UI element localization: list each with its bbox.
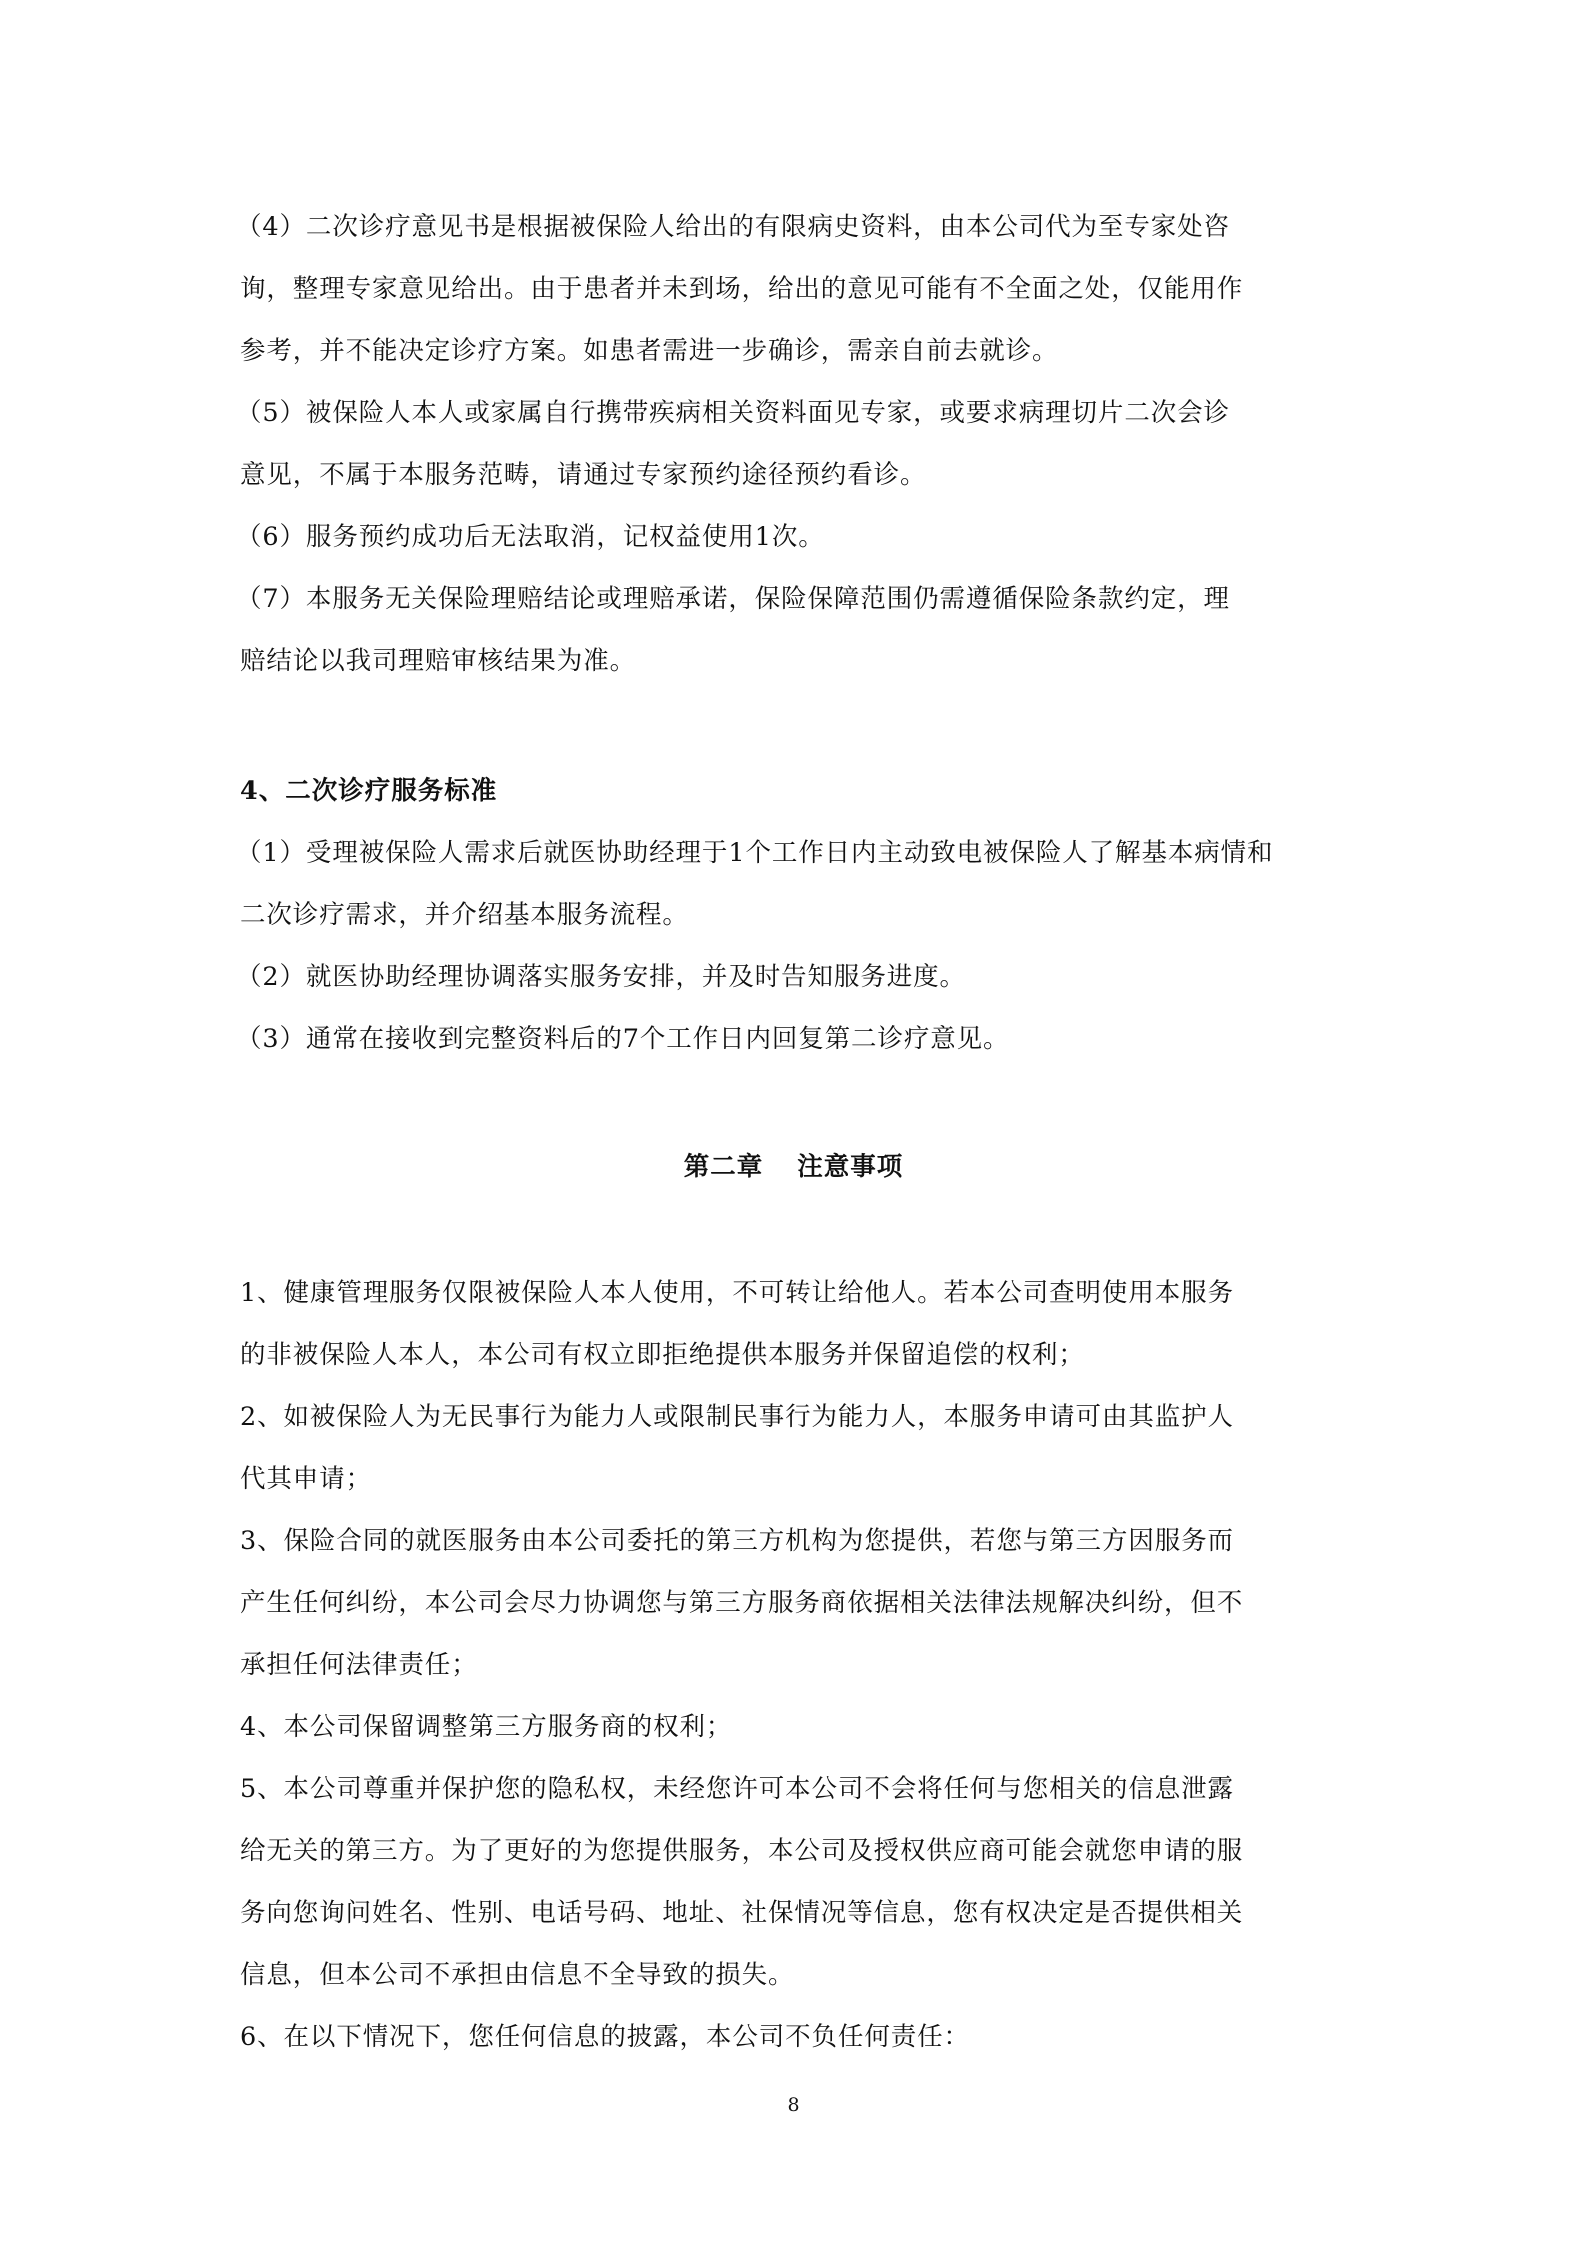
paragraph-line: 4、本公司保留调整第三方服务商的权利； — [240, 1712, 732, 1742]
paragraph-line: 给无关的第三方。为了更好的为您提供服务，本公司及授权供应商可能会就您申请的服 — [240, 1836, 1243, 1866]
page-number: 8 — [0, 2094, 1587, 2116]
paragraph-line: 信息，但本公司不承担由信息不全导致的损失。 — [240, 1960, 794, 1990]
paragraph-line: 产生任何纠纷，本公司会尽力协调您与第三方服务商依据相关法律法规解决纠纷，但不 — [240, 1588, 1243, 1618]
paragraph-line: 3、保险合同的就医服务由本公司委托的第三方机构为您提供，若您与第三方因服务而 — [240, 1526, 1234, 1556]
paragraph-line: 代其申请； — [240, 1464, 372, 1494]
chapter-label: 第二章 — [684, 1152, 764, 1182]
paragraph-line: 意见，不属于本服务范畴，请通过专家预约途径预约看诊。 — [240, 460, 926, 490]
paragraph-line: （6）服务预约成功后无法取消，记权益使用1次。 — [236, 522, 825, 552]
paragraph-line: 5、本公司尊重并保护您的隐私权，未经您许可本公司不会将任何与您相关的信息泄露 — [240, 1774, 1234, 1804]
paragraph-line: 1、健康管理服务仅限被保险人本人使用，不可转让给他人。若本公司查明使用本服务 — [240, 1278, 1234, 1308]
paragraph-line: 参考，并不能决定诊疗方案。如患者需进一步确诊，需亲自前去就诊。 — [240, 336, 1058, 366]
document-page: （4）二次诊疗意见书是根据被保险人给出的有限病史资料，由本公司代为至专家处咨 询… — [0, 0, 1587, 2245]
paragraph-line: （3）通常在接收到完整资料后的7个工作日内回复第二诊疗意见。 — [236, 1024, 1009, 1054]
paragraph-line: 的非被保险人本人，本公司有权立即拒绝提供本服务并保留追偿的权利； — [240, 1340, 1085, 1370]
section-heading: 4、二次诊疗服务标准 — [240, 776, 497, 806]
paragraph-line: （7）本服务无关保险理赔结论或理赔承诺，保险保障范围仍需遵循保险条款约定，理 — [236, 584, 1230, 614]
chapter-title: 第二章注意事项 — [0, 1152, 1587, 1182]
paragraph-line: 2、如被保险人为无民事行为能力人或限制民事行为能力人，本服务申请可由其监护人 — [240, 1402, 1234, 1432]
paragraph-line: （1）受理被保险人需求后就医协助经理于1个工作日内主动致电被保险人了解基本病情和 — [236, 838, 1273, 868]
paragraph-line: 赔结论以我司理赔审核结果为准。 — [240, 646, 636, 676]
paragraph-line: 二次诊疗需求，并介绍基本服务流程。 — [240, 900, 689, 930]
paragraph-line: 6、在以下情况下，您任何信息的披露，本公司不负任何责任： — [240, 2022, 970, 2052]
paragraph-line: 询，整理专家意见给出。由于患者并未到场，给出的意见可能有不全面之处，仅能用作 — [240, 274, 1243, 304]
paragraph-line: 务向您询问姓名、性别、电话号码、地址、社保情况等信息，您有权决定是否提供相关 — [240, 1898, 1243, 1928]
paragraph-line: （5）被保险人本人或家属自行携带疾病相关资料面见专家，或要求病理切片二次会诊 — [236, 398, 1230, 428]
paragraph-line: （4）二次诊疗意见书是根据被保险人给出的有限病史资料，由本公司代为至专家处咨 — [236, 212, 1230, 242]
chapter-heading: 注意事项 — [797, 1152, 903, 1182]
paragraph-line: 承担任何法律责任； — [240, 1650, 478, 1680]
paragraph-line: （2）就医协助经理协调落实服务安排，并及时告知服务进度。 — [236, 962, 966, 992]
